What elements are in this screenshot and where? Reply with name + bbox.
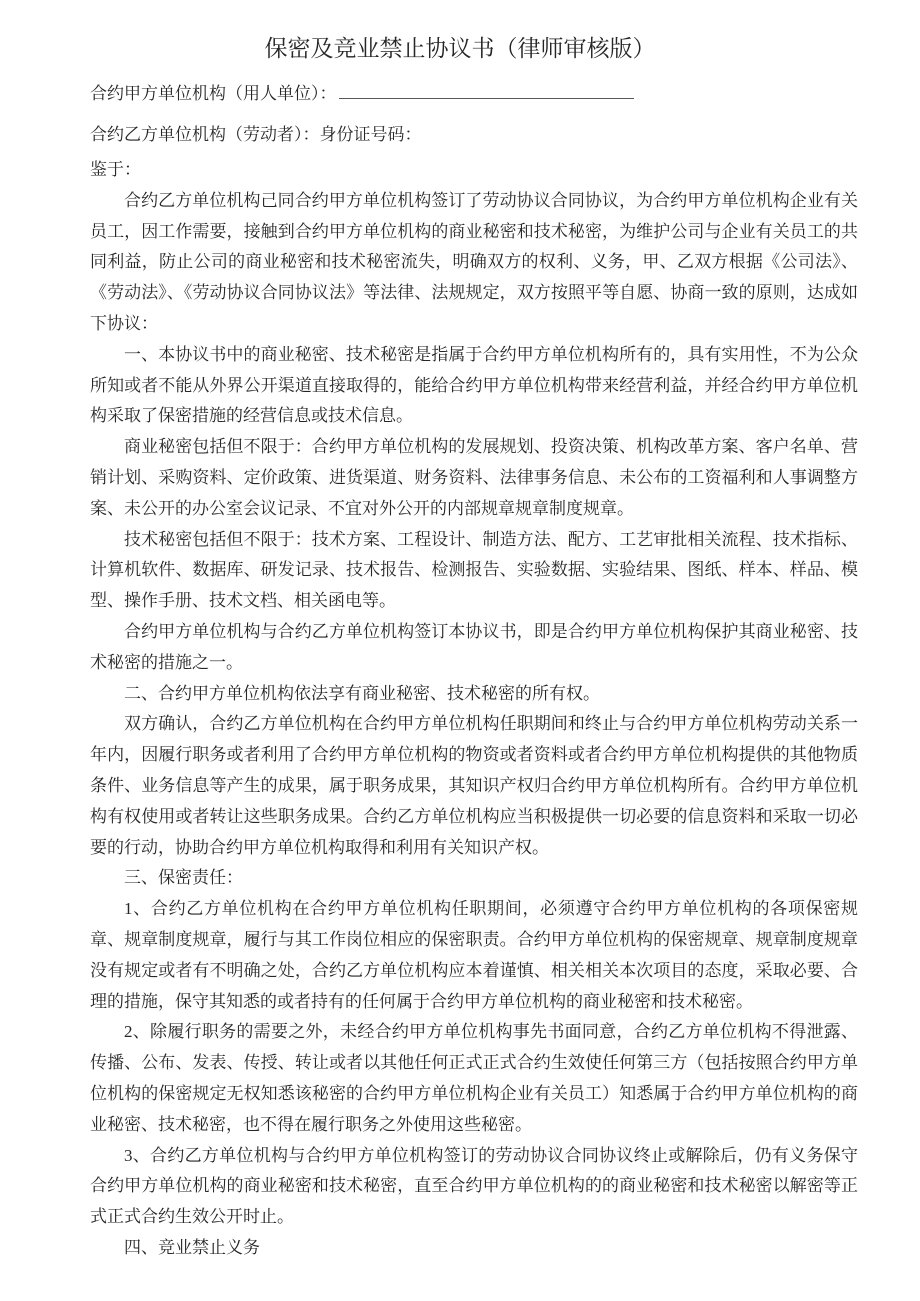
paragraph: 3、合约乙方单位机构与合约甲方单位机构签订的劳动协议合同协议终止或解除后，仍有义… bbox=[90, 1141, 858, 1233]
party-b-label: 合约乙方单位机构（劳动者）：身份证号码： bbox=[90, 125, 422, 144]
paragraph: 2、除履行职务的需要之外，未经合约甲方单位机构事先书面同意，合约乙方单位机构不得… bbox=[90, 1017, 858, 1140]
paragraph: 合约甲方单位机构与合约乙方单位机构签订本协议书，即是合约甲方单位机构保护其商业秘… bbox=[90, 617, 858, 679]
document-body: 鉴于：合约乙方单位机构己同合约甲方单位机构签订了劳动协议合同协议，为合约甲方单位… bbox=[90, 155, 858, 1264]
paragraph: 四、竞业禁止义务 bbox=[90, 1233, 858, 1264]
party-a-line: 合约甲方单位机构（用人单位）： bbox=[90, 80, 858, 108]
party-a-blank-line bbox=[339, 84, 634, 99]
paragraph: 一、本协议书中的商业秘密、技术秘密是指属于合约甲方单位机构所有的，具有实用性，不… bbox=[90, 340, 858, 432]
paragraph: 三、保密责任： bbox=[90, 863, 858, 894]
paragraph: 鉴于： bbox=[90, 155, 858, 186]
paragraph: 二、合约甲方单位机构依法享有商业秘密、技术秘密的所有权。 bbox=[90, 679, 858, 710]
document-page: 保密及竞业禁止协议书（律师审核版） 合约甲方单位机构（用人单位）： 合约乙方单位… bbox=[0, 0, 920, 1301]
paragraph: 1、合约乙方单位机构在合约甲方单位机构任职期间，必须遵守合约甲方单位机构的各项保… bbox=[90, 894, 858, 1017]
paragraph: 技术秘密包括但不限于：技术方案、工程设计、制造方法、配方、工艺审批相关流程、技术… bbox=[90, 525, 858, 617]
party-a-label: 合约甲方单位机构（用人单位）： bbox=[90, 84, 337, 103]
document-title: 保密及竞业禁止协议书（律师审核版） bbox=[0, 34, 920, 64]
paragraph: 双方确认，合约乙方单位机构在合约甲方单位机构任职期间和终止与合约甲方单位机构劳动… bbox=[90, 709, 858, 863]
party-b-line: 合约乙方单位机构（劳动者）：身份证号码： bbox=[90, 121, 858, 149]
paragraph: 合约乙方单位机构己同合约甲方单位机构签订了劳动协议合同协议，为合约甲方单位机构企… bbox=[90, 186, 858, 340]
paragraph: 商业秘密包括但不限于：合约甲方单位机构的发展规划、投资决策、机构改革方案、客户名… bbox=[90, 432, 858, 524]
